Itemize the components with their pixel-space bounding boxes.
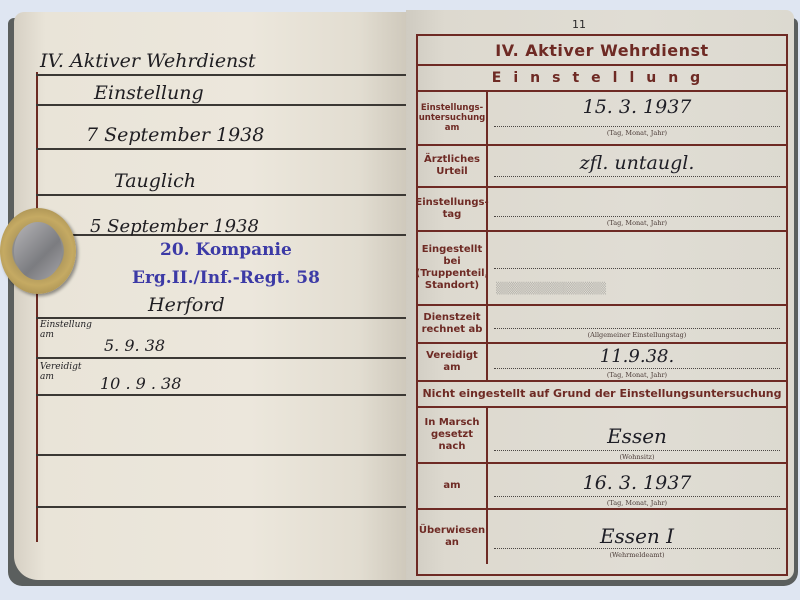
handwritten-date-1: 7 September 1938 (86, 124, 264, 146)
unit-stamp-line1: 20. Kompanie (160, 240, 292, 260)
row-field: 15. 3. 1937 (Tag, Monat, Jahr) (488, 92, 786, 144)
dotted-line (494, 268, 780, 269)
row-field: Essen I (Wehrmeldeamt) (488, 510, 786, 564)
field-value: 16. 3. 1937 (488, 472, 786, 494)
field-caption: (Tag, Monat, Jahr) (488, 129, 786, 137)
form-subtitle: Einstellung (418, 66, 786, 92)
handwritten-einstellung: Einstellung (94, 82, 204, 104)
row-field: (Tag, Monat, Jahr) (488, 188, 786, 230)
row-field: Essen (Wohnsitz) (488, 408, 786, 462)
form-title: IV. Aktiver Wehrdienst (418, 36, 786, 66)
row-label: Ärztliches Urteil (418, 146, 488, 186)
dotted-line (494, 216, 780, 217)
row-label: am (418, 464, 488, 508)
page-number: 11 (572, 18, 586, 31)
entry-label-vereidigt: Vereidigt am (40, 362, 86, 382)
service-form: IV. Aktiver Wehrdienst Einstellung Einst… (416, 34, 788, 576)
field-caption: (Tag, Monat, Jahr) (488, 219, 786, 227)
dotted-line (494, 368, 780, 369)
entry-value-einstellung: 5. 9. 38 (104, 336, 165, 355)
ruled-line (36, 104, 406, 106)
row-field: ▒▒▒▒▒▒▒▒▒▒▒▒▒ (488, 232, 786, 304)
row-label: Dienstzeit rechnet ab (418, 306, 488, 342)
row-field: 11.9.38. (Tag, Monat, Jahr) (488, 344, 786, 380)
dotted-line (494, 328, 780, 329)
row-label: Einstellungs-tag (418, 188, 488, 230)
dotted-line (494, 450, 780, 451)
handwritten-date-2: 5 September 1938 (90, 216, 259, 237)
ruled-line (36, 394, 406, 396)
coin-center (14, 222, 62, 280)
field-caption: (Wohnsitz) (488, 453, 786, 461)
row-vereidigt: Vereidigt am 11.9.38. (Tag, Monat, Jahr) (418, 344, 786, 382)
ruled-line (36, 506, 406, 508)
row-label: Einstellungs-untersuchung am (418, 92, 488, 144)
unit-stamp-line2: Erg.II./Inf.-Regt. 58 (132, 268, 320, 288)
field-value: 11.9.38. (488, 346, 786, 367)
row-ueberwiesen-an: Überwiesen an Essen I (Wehrmeldeamt) (418, 510, 786, 564)
row-field: 16. 3. 1937 (Tag, Monat, Jahr) (488, 464, 786, 508)
field-value: Essen (488, 424, 786, 448)
row-einstellungstag: Einstellungs-tag (Tag, Monat, Jahr) (418, 188, 786, 232)
field-caption: (Tag, Monat, Jahr) (488, 371, 786, 379)
ruled-line (36, 317, 406, 319)
row-field: (Allgemeiner Einstellungstag) (488, 306, 786, 342)
handwritten-heading: IV. Aktiver Wehrdienst (40, 50, 256, 72)
row-field: zfl. untaugl. (488, 146, 786, 186)
field-caption: (Allgemeiner Einstellungstag) (488, 331, 786, 339)
entry-value-vereidigt: 10 . 9 . 38 (100, 374, 181, 393)
row-dienstzeit: Dienstzeit rechnet ab (Allgemeiner Einst… (418, 306, 786, 344)
ruled-line (36, 74, 406, 76)
coin (0, 208, 76, 294)
dotted-line (494, 548, 780, 549)
entry-label-einstellung: Einstellung am (40, 320, 86, 340)
ruled-line (36, 194, 406, 196)
row-label: Überwiesen an (418, 510, 488, 564)
row-label: Eingestellt bei (Truppenteil, Standort) (418, 232, 488, 304)
margin-line (36, 72, 38, 542)
row-eingestellt-bei: Eingestellt bei (Truppenteil, Standort) … (418, 232, 786, 306)
field-caption: (Tag, Monat, Jahr) (488, 499, 786, 507)
field-value: zfl. untaugl. (488, 152, 786, 174)
row-einstellungsuntersuchung: Einstellungs-untersuchung am 15. 3. 1937… (418, 92, 786, 146)
row-aerztliches-urteil: Ärztliches Urteil zfl. untaugl. (418, 146, 786, 188)
faded-bleed-through: ▒▒▒▒▒▒▒▒▒▒▒▒▒ (496, 282, 606, 295)
left-page: IV. Aktiver Wehrdienst Einstellung 7 Sep… (14, 12, 406, 580)
field-value: Essen I (488, 524, 786, 548)
dotted-line (494, 126, 780, 127)
row-label: Vereidigt am (418, 344, 488, 380)
ruled-line (36, 454, 406, 456)
row-am: am 16. 3. 1937 (Tag, Monat, Jahr) (418, 464, 786, 510)
dotted-line (494, 496, 780, 497)
dotted-line (494, 176, 780, 177)
section-header-nicht-eingestellt: Nicht eingestellt auf Grund der Einstell… (418, 382, 786, 408)
row-in-marsch-gesetzt: In Marsch gesetzt nach Essen (Wohnsitz) (418, 408, 786, 464)
ruled-line (36, 357, 406, 359)
row-label: In Marsch gesetzt nach (418, 408, 488, 462)
field-value: 15. 3. 1937 (488, 96, 786, 118)
handwritten-herford: Herford (148, 294, 225, 316)
ruled-line (36, 148, 406, 150)
handwritten-tauglich: Tauglich (114, 170, 196, 192)
field-caption: (Wehrmeldeamt) (488, 551, 786, 559)
right-page: 11 IV. Aktiver Wehrdienst Einstellung Ei… (406, 10, 794, 580)
